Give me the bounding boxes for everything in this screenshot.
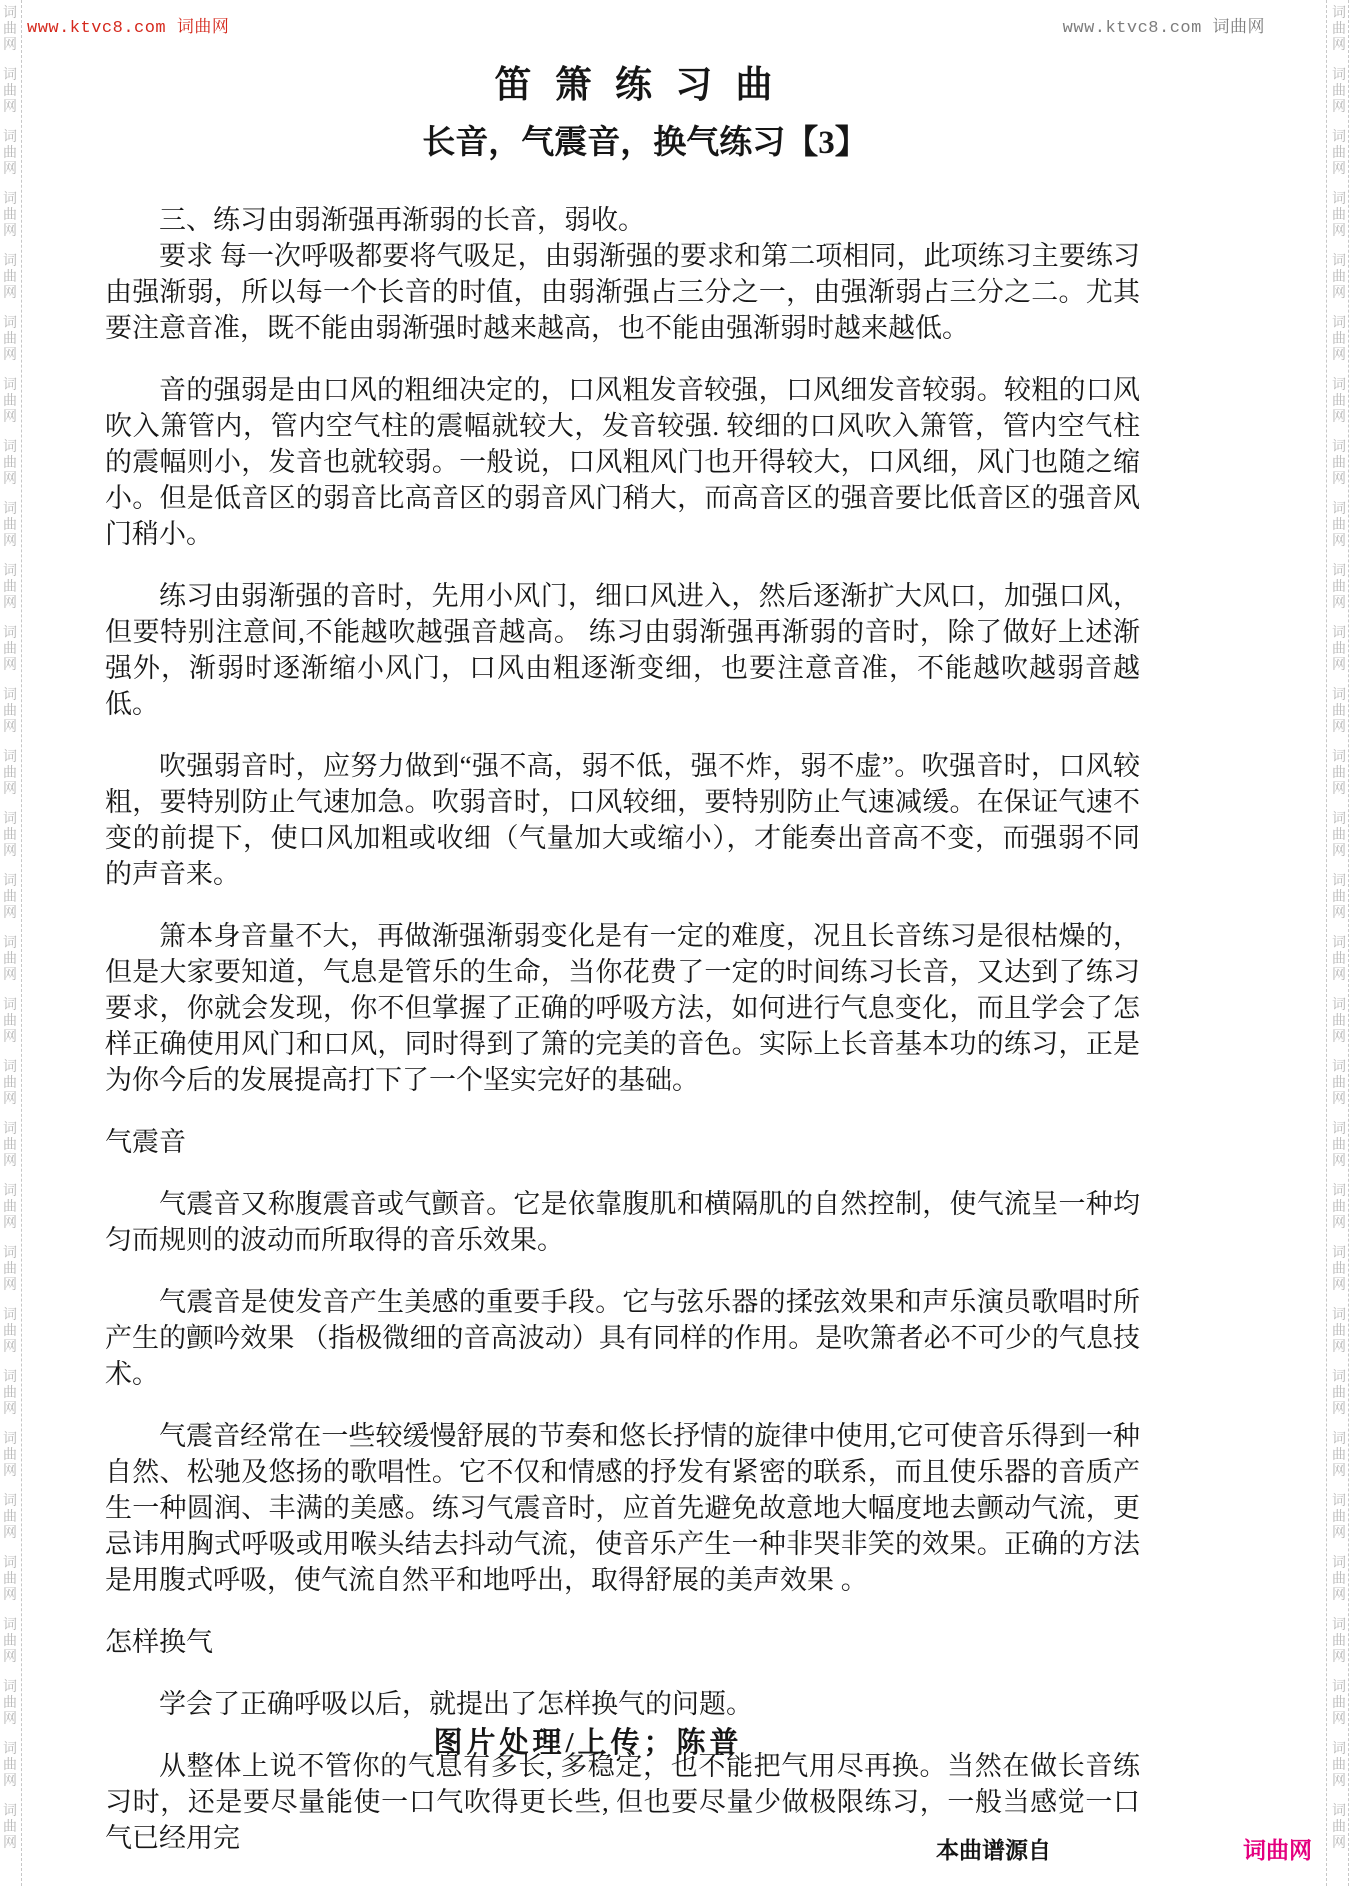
right-inner-dashed-border bbox=[1326, 0, 1327, 1886]
footer-site-name: 词曲网 bbox=[1243, 1837, 1312, 1863]
watermark-column-right: 词曲网词曲网词曲网词曲网词曲网词曲网词曲网词曲网词曲网词曲网词曲网词曲网词曲网词… bbox=[1330, 4, 1348, 1886]
paragraph: 气震音是使发音产生美感的重要手段。它与弦乐器的揉弦效果和声乐演员歌唱时所产生的颤… bbox=[105, 1284, 1140, 1392]
left-dashed-border bbox=[21, 0, 22, 1886]
page-subtitle: 长音，气震音，换气练习【3】 bbox=[0, 116, 1290, 163]
paragraph: 箫本身音量不大，再做渐强渐弱变化是有一定的难度，况且长音练习是很枯燥的，但是大家… bbox=[105, 918, 1140, 1098]
paragraph: 练习由弱渐强的音时，先用小风门，细口风进入，然后逐渐扩大风口，加强口风，但要特别… bbox=[105, 578, 1140, 722]
section-heading: 怎样换气 bbox=[105, 1624, 1140, 1660]
paragraph: 气震音经常在一些较缓慢舒展的节奏和悠长抒情的旋律中使用,它可使音乐得到一种自然、… bbox=[105, 1418, 1140, 1598]
paragraph: 三、练习由弱渐强再渐弱的长音，弱收。 bbox=[105, 202, 1140, 238]
site-url-top-right: www.ktvc8.com 词曲网 bbox=[1063, 12, 1265, 38]
credit-line: 图片处理/上传；陈普 bbox=[38, 1720, 1138, 1761]
footer-source-label: 本曲谱源自 bbox=[936, 1837, 1051, 1863]
article-body: 三、练习由弱渐强再渐弱的长音，弱收。 要求 每一次呼吸都要将气吸足，由弱渐强的要… bbox=[105, 202, 1140, 1856]
footer-source: 本曲谱源自词曲网 bbox=[936, 1832, 1312, 1865]
paragraph: 学会了正确呼吸以后，就提出了怎样换气的问题。 bbox=[105, 1686, 1140, 1722]
site-url-top-left: www.ktvc8.com 词曲网 bbox=[27, 12, 229, 38]
paragraph: 吹强弱音时，应努力做到“强不高，弱不低，强不炸，弱不虚”。吹强音时，口风较粗，要… bbox=[105, 748, 1140, 892]
section-heading: 气震音 bbox=[105, 1124, 1140, 1160]
document-page: 词曲网词曲网词曲网词曲网词曲网词曲网词曲网词曲网词曲网词曲网词曲网词曲网词曲网词… bbox=[0, 0, 1350, 1886]
page-title: 笛 箫 练 习 曲 bbox=[0, 54, 1274, 108]
paragraph: 音的强弱是由口风的粗细决定的，口风粗发音较强，口风细发音较弱。较粗的口风吹入箫管… bbox=[105, 372, 1140, 552]
paragraph: 要求 每一次呼吸都要将气吸足，由弱渐强的要求和第二项相同，此项练习主要练习由强渐… bbox=[105, 238, 1140, 346]
watermark-column-left: 词曲网词曲网词曲网词曲网词曲网词曲网词曲网词曲网词曲网词曲网词曲网词曲网词曲网词… bbox=[1, 4, 19, 1886]
right-edge-dashed-border bbox=[1348, 0, 1349, 1886]
paragraph: 气震音又称腹震音或气颤音。它是依靠腹肌和横隔肌的自然控制，使气流呈一种均匀而规则… bbox=[105, 1186, 1140, 1258]
